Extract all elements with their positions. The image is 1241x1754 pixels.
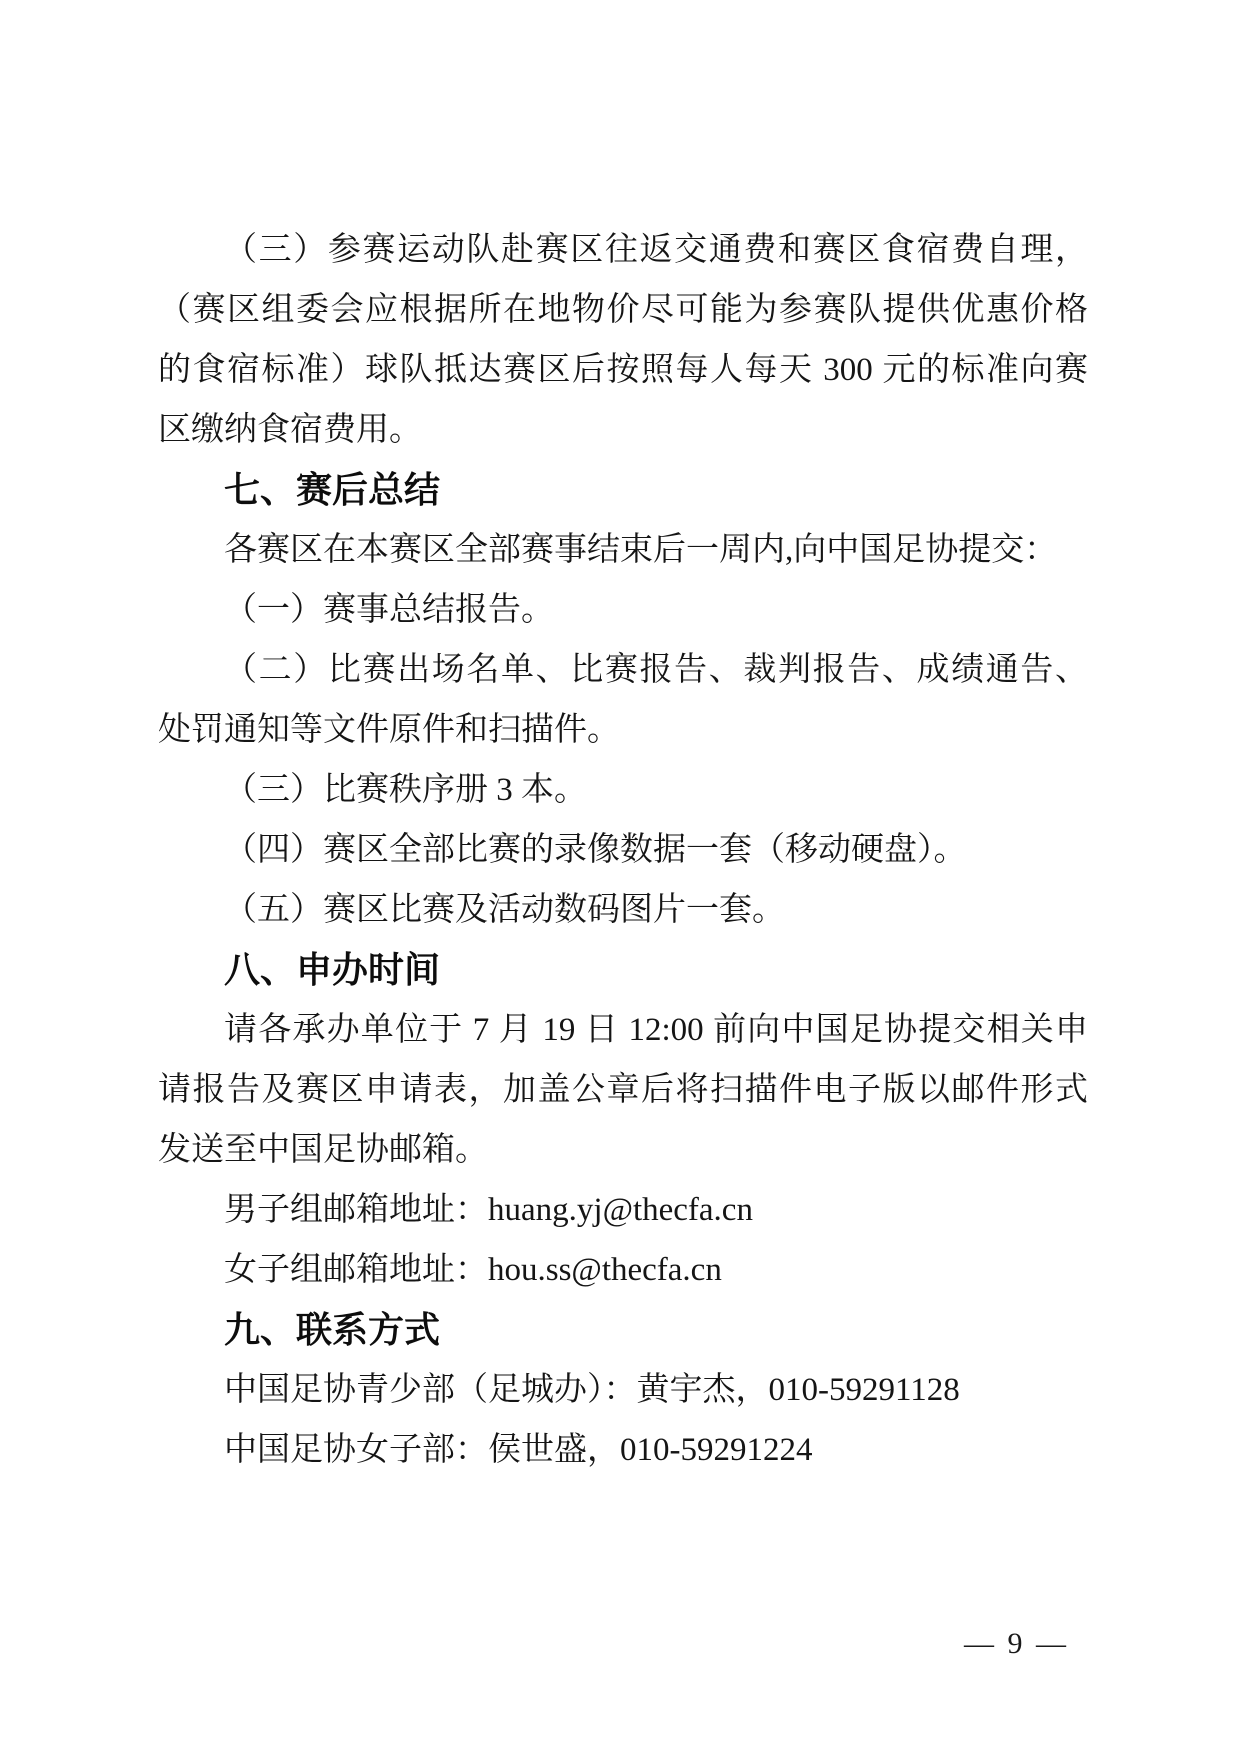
fees-paragraph-line-3: 的食宿标准）球队抵达赛区后按照每人每天 300 元的标准向赛: [158, 340, 1088, 400]
heading-application-time: 八、申办时间: [158, 940, 1088, 1000]
application-time-line-1: 请各承办单位于 7 月 19 日 12:00 前向中国足协提交相关申: [158, 1000, 1088, 1060]
summary-item-5: （五）赛区比赛及活动数码图片一套。: [158, 880, 1088, 940]
youth-dept-contact-line: 中国足协青少部（足城办）：黄宇杰，010-59291128: [158, 1360, 1088, 1420]
document-body: （三）参赛运动队赴赛区往返交通费和赛区食宿费自理， （赛区组委会应根据所在地物价…: [158, 220, 1088, 1480]
application-time-line-3: 发送至中国足协邮箱。: [158, 1120, 1088, 1180]
womens-group-email-line: 女子组邮箱地址：hou.ss@thecfa.cn: [158, 1240, 1088, 1300]
summary-item-2-line-2: 处罚通知等文件原件和扫描件。: [158, 700, 1088, 760]
fees-paragraph-line-2: （赛区组委会应根据所在地物价尽可能为参赛队提供优惠价格: [158, 280, 1088, 340]
application-time-line-2: 请报告及赛区申请表，加盖公章后将扫描件电子版以邮件形式: [158, 1060, 1088, 1120]
page-number: — 9 —: [964, 1627, 1069, 1660]
mens-group-email-line: 男子组邮箱地址：huang.yj@thecfa.cn: [158, 1180, 1088, 1240]
document-page: （三）参赛运动队赴赛区往返交通费和赛区食宿费自理， （赛区组委会应根据所在地物价…: [0, 0, 1241, 1754]
summary-item-1: （一）赛事总结报告。: [158, 580, 1088, 640]
summary-intro-line: 各赛区在本赛区全部赛事结束后一周内,向中国足协提交：: [158, 520, 1088, 580]
fees-paragraph-line-1: （三）参赛运动队赴赛区往返交通费和赛区食宿费自理，: [158, 220, 1088, 280]
summary-item-2-line-1: （二）比赛出场名单、比赛报告、裁判报告、成绩通告、: [158, 640, 1088, 700]
fees-paragraph-line-4: 区缴纳食宿费用。: [158, 400, 1088, 460]
heading-post-match-summary: 七、赛后总结: [158, 460, 1088, 520]
heading-contact-info: 九、联系方式: [158, 1300, 1088, 1360]
summary-item-4: （四）赛区全部比赛的录像数据一套（移动硬盘）。: [158, 820, 1088, 880]
summary-item-3: （三）比赛秩序册 3 本。: [158, 760, 1088, 820]
womens-dept-contact-line: 中国足协女子部：侯世盛，010-59291224: [158, 1420, 1088, 1480]
page-footer: — 9 —: [964, 1622, 1069, 1666]
